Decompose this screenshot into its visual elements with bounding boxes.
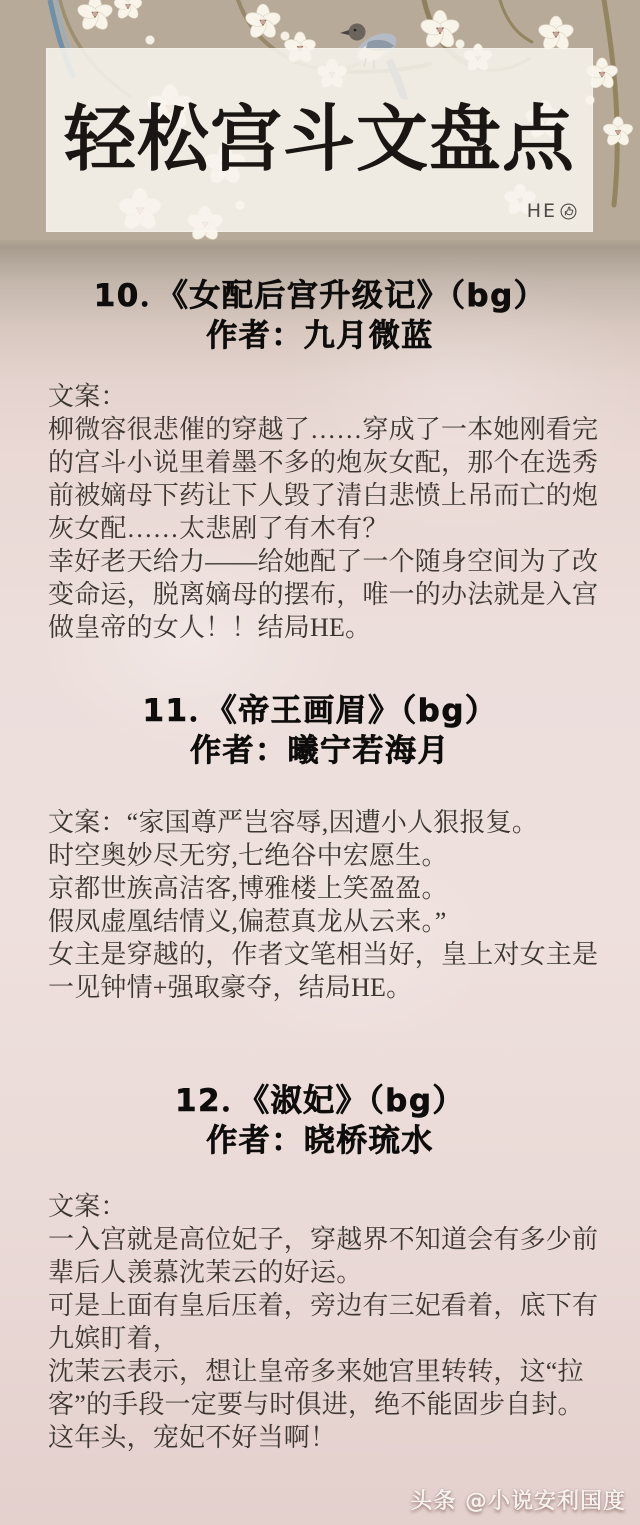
book-11-heading: 11．《帝王画眉》（bg） 作者：曦宁若海月	[0, 691, 640, 771]
description-line: 客”的手段一定要与时俱进，绝不能固步自封。	[48, 1388, 598, 1421]
book-10-heading: 10．《女配后宫升级记》（bg） 作者：九月微蓝	[0, 276, 640, 356]
book-11-author: 作者：曦宁若海月	[0, 731, 640, 771]
book-10-description: 文案： 柳微容很悲催的穿越了……穿成了一本她刚看完 的宫斗小说里着墨不多的炮灰女…	[48, 380, 598, 644]
description-line: 沈茉云表示，想让皇帝多来她宫里转转，这“拉	[48, 1355, 598, 1388]
description-line: 前被嫡母下药让下人毁了清白悲愤上吊而亡的炮	[48, 479, 598, 512]
description-line: 一入宫就是高位妃子，穿越界不知道会有多少前	[48, 1223, 598, 1256]
book-11-title: 11．《帝王画眉》（bg）	[0, 691, 640, 731]
description-line: 做皇帝的女人！！结局HE。	[48, 611, 598, 644]
page-title: 轻松宫斗文盘点	[64, 81, 575, 185]
description-line: 京都世族高洁客,博雅楼上笑盈盈。	[48, 872, 598, 905]
description-line: 灰女配……太悲剧了有木有？	[48, 512, 598, 545]
description-line: 辈后人羡慕沈茉云的好运。	[48, 1256, 598, 1289]
description-line: 可是上面有皇后压着，旁边有三妃看着，底下有	[48, 1289, 598, 1322]
title-box: 轻松宫斗文盘点 HE	[46, 48, 593, 232]
watermark-credit: 头条 @小说安利国度	[410, 1484, 626, 1515]
description-line: 一见钟情+强取豪夺，结局HE。	[48, 971, 598, 1004]
book-11-description: 文案：“家国尊严岂容辱,因遭小人狠报复。 时空奥妙尽无穷,七绝谷中宏愿生。 京都…	[48, 806, 598, 1004]
description-line: 的宫斗小说里着墨不多的炮灰女配，那个在选秀	[48, 446, 598, 479]
description-line: 九嫔盯着，	[48, 1322, 598, 1355]
description-line: 变命运，脱离嫡母的摆布，唯一的办法就是入宫	[48, 578, 598, 611]
description-line: 柳微容很悲催的穿越了……穿成了一本她刚看完	[48, 413, 598, 446]
description-line: 文案：	[48, 1190, 598, 1223]
description-line: 女主是穿越的，作者文笔相当好，皇上对女主是	[48, 938, 598, 971]
he-badge: HE	[527, 200, 577, 222]
header-banner: 轻松宫斗文盘点 HE	[0, 0, 640, 240]
book-12-author: 作者：晓桥琉水	[0, 1121, 640, 1161]
description-line: 文案：“家国尊严岂容辱,因遭小人狠报复。	[48, 806, 598, 839]
description-line: 时空奥妙尽无穷,七绝谷中宏愿生。	[48, 839, 598, 872]
book-12-title: 12．《淑妃》（bg）	[0, 1081, 640, 1121]
description-line: 幸好老天给力——给她配了一个随身空间为了改	[48, 545, 598, 578]
book-10-title: 10．《女配后宫升级记》（bg）	[0, 276, 640, 316]
book-10-author: 作者：九月微蓝	[0, 316, 640, 356]
description-line: 文案：	[48, 380, 598, 413]
novel-recommendation-image: 轻松宫斗文盘点 HE 10．《女配后宫升级记》（bg） 作者：九月微蓝 文案： …	[0, 0, 640, 1525]
book-12-description: 文案： 一入宫就是高位妃子，穿越界不知道会有多少前 辈后人羡慕沈茉云的好运。 可…	[48, 1190, 598, 1454]
description-line: 这年头，宠妃不好当啊！	[48, 1421, 598, 1454]
description-line: 假凤虚凰结情义,偏惹真龙从云来。”	[48, 905, 598, 938]
he-badge-label: HE	[527, 200, 557, 222]
thumbs-up-seal-icon	[560, 203, 577, 220]
book-12-heading: 12．《淑妃》（bg） 作者：晓桥琉水	[0, 1081, 640, 1161]
